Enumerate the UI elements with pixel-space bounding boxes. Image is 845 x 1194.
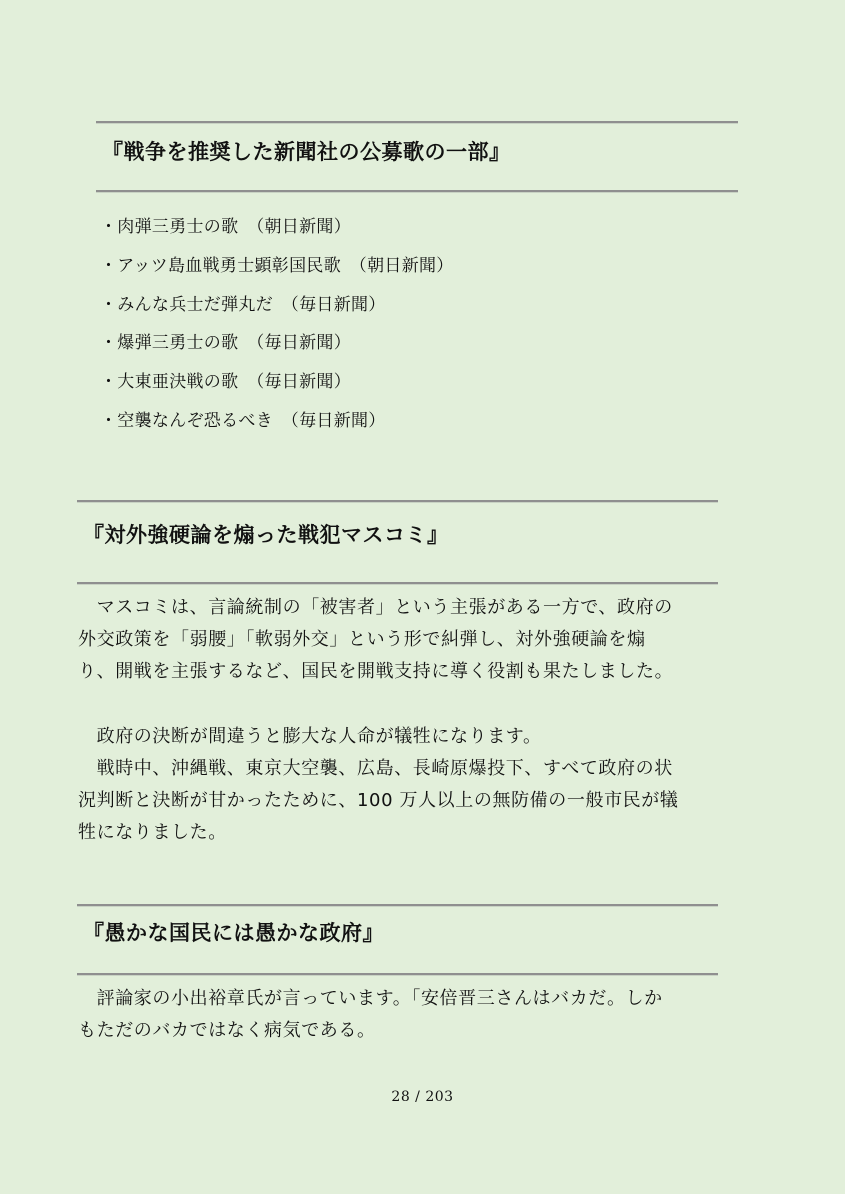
paragraph-line: 政府の決断が間違うと膨大な人命が犠牲になります。	[78, 721, 728, 753]
section-3-top-rule	[77, 904, 718, 907]
paragraph-line: 況判断と決断が甘かったために、100 万人以上の無防備の一般市民が犠	[78, 785, 728, 817]
paragraph: マスコミは、言論統制の「被害者」という主張がある一方で、政府の 外交政策を「弱腰…	[78, 592, 728, 688]
section-3-bottom-rule	[77, 973, 718, 976]
paragraph-line: 戦時中、沖縄戦、東京大空襲、広島、長崎原爆投下、すべて政府の状	[78, 753, 728, 785]
songs-list: ・肉弾三勇士の歌 （朝日新聞） ・アッツ島血戦勇士顕彰国民歌 （朝日新聞） ・み…	[100, 208, 454, 441]
paragraph-line: 評論家の小出裕章氏が言っています。「安倍晋三さんはバカだ。しか	[78, 983, 728, 1015]
paragraph-line: マスコミは、言論統制の「被害者」という主張がある一方で、政府の	[78, 592, 728, 624]
paragraph-line: もただのバカではなく病気である。	[78, 1015, 728, 1047]
list-item: ・みんな兵士だ弾丸だ （毎日新聞）	[100, 286, 454, 325]
section-1-top-rule	[96, 121, 738, 124]
section-2-bottom-rule	[77, 582, 718, 585]
section-1-heading: 『戦争を推奨した新聞社の公募歌の一部』	[102, 138, 511, 166]
paragraph-line: 牲になりました。	[78, 817, 728, 849]
list-item: ・大東亜決戦の歌 （毎日新聞）	[100, 363, 454, 402]
section-2-heading: 『対外強硬論を煽った戦犯マスコミ』	[83, 521, 449, 549]
page-number: 28 / 203	[0, 1089, 845, 1105]
list-item: ・肉弾三勇士の歌 （朝日新聞）	[100, 208, 454, 247]
paragraph: 評論家の小出裕章氏が言っています。「安倍晋三さんはバカだ。しか もただのバカでは…	[78, 983, 728, 1047]
list-item: ・爆弾三勇士の歌 （毎日新聞）	[100, 324, 454, 363]
paragraph-line: り、開戦を主張するなど、国民を開戦支持に導く役割も果たしました。	[78, 656, 728, 688]
section-2-top-rule	[77, 500, 718, 503]
paragraph-line: 外交政策を「弱腰」「軟弱外交」という形で糾弾し、対外強硬論を煽	[78, 624, 728, 656]
paragraph: 政府の決断が間違うと膨大な人命が犠牲になります。 戦時中、沖縄戦、東京大空襲、広…	[78, 721, 728, 849]
list-item: ・空襲なんぞ恐るべき （毎日新聞）	[100, 402, 454, 441]
section-1-bottom-rule	[96, 190, 738, 193]
list-item: ・アッツ島血戦勇士顕彰国民歌 （朝日新聞）	[100, 247, 454, 286]
section-3-heading: 『愚かな国民には愚かな政府』	[83, 919, 384, 947]
